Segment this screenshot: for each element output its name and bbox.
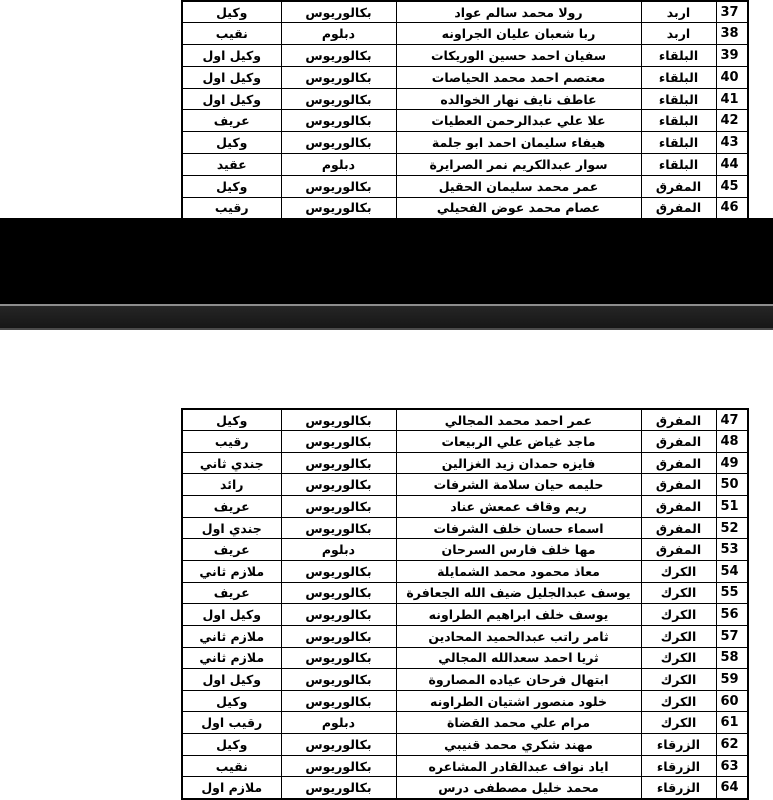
table-row: جندي اول بكالوريوس اسماء حسان خلف الشرفا… [182, 517, 748, 539]
cell-rank: عريف [182, 496, 281, 518]
cell-name: عمر محمد سليمان الحقيل [396, 175, 641, 197]
cell-serial-number: 49 [716, 452, 748, 474]
cell-serial-number: 41 [716, 88, 748, 110]
cell-rank: ملازم ثاني [182, 647, 281, 669]
cell-name: مهند شكري محمد قنيبي [396, 734, 641, 756]
table-row: رائد بكالوريوس حليمه حيان سلامة الشرفات … [182, 474, 748, 496]
table-row: ملازم ثاني بكالوريوس ثريا احمد سعدالله ا… [182, 647, 748, 669]
cell-qualification: بكالوريوس [281, 110, 396, 132]
cell-serial-number: 50 [716, 474, 748, 496]
cell-qualification: بكالوريوس [281, 1, 396, 23]
cell-region: اربد [641, 23, 716, 45]
cell-name: اياد نواف عبدالقادر المشاعره [396, 755, 641, 777]
personnel-table-rows-37-46: وكيل بكالوريوس رولا محمد سالم عواد اربد … [181, 0, 749, 220]
cell-name: يوسف عبدالجليل ضيف الله الجعافرة [396, 582, 641, 604]
table-row: وكيل بكالوريوس مهند شكري محمد قنيبي الزر… [182, 734, 748, 756]
table-row: عريف بكالوريوس يوسف عبدالجليل ضيف الله ا… [182, 582, 748, 604]
table-row: رقيب بكالوريوس عصام محمد عوض الفحيلي الم… [182, 197, 748, 219]
cell-qualification: بكالوريوس [281, 734, 396, 756]
cell-name: رولا محمد سالم عواد [396, 1, 641, 23]
cell-name: محمد خليل مصطفى درس [396, 777, 641, 799]
cell-qualification: بكالوريوس [281, 132, 396, 154]
cell-name: علا علي عبدالرحمن العطيات [396, 110, 641, 132]
cell-serial-number: 58 [716, 647, 748, 669]
table-row: وكيل اول بكالوريوس معتصم احمد محمد الحيا… [182, 66, 748, 88]
cell-region: المفرق [641, 197, 716, 219]
cell-serial-number: 54 [716, 560, 748, 582]
cell-rank: رقيب [182, 431, 281, 453]
cell-region: المفرق [641, 474, 716, 496]
cell-name: ماجد غياض علي الربيعات [396, 431, 641, 453]
table-row: ملازم اول بكالوريوس محمد خليل مصطفى درس … [182, 777, 748, 799]
cell-qualification: بكالوريوس [281, 755, 396, 777]
cell-name: ابتهال فرحان عياده المصاروة [396, 669, 641, 691]
table-row: عريف بكالوريوس علا علي عبدالرحمن العطيات… [182, 110, 748, 132]
cell-serial-number: 39 [716, 45, 748, 67]
cell-qualification: بكالوريوس [281, 560, 396, 582]
cell-serial-number: 46 [716, 197, 748, 219]
cell-region: البلقاء [641, 45, 716, 67]
table-row: جندي ثاني بكالوريوس فايزه حمدان زيد الغز… [182, 452, 748, 474]
cell-rank: ملازم ثاني [182, 560, 281, 582]
cell-name: سفيان احمد حسين الوريكات [396, 45, 641, 67]
cell-region: اربد [641, 1, 716, 23]
cell-serial-number: 52 [716, 517, 748, 539]
table-row: وكيل بكالوريوس هيفاء سليمان احمد ابو جلم… [182, 132, 748, 154]
table-row: ملازم ثاني بكالوريوس معاذ محمود محمد الش… [182, 560, 748, 582]
cell-region: المفرق [641, 496, 716, 518]
cell-region: الكرك [641, 625, 716, 647]
cell-name: حليمه حيان سلامة الشرفات [396, 474, 641, 496]
cell-serial-number: 56 [716, 604, 748, 626]
cell-rank: وكيل [182, 132, 281, 154]
cell-qualification: بكالوريوس [281, 175, 396, 197]
cell-qualification: بكالوريوس [281, 409, 396, 431]
cell-region: الكرك [641, 582, 716, 604]
cell-region: الكرك [641, 712, 716, 734]
cell-serial-number: 61 [716, 712, 748, 734]
table-row: عقيد دبلوم سوار عبدالكريم نمر الصرايرة ا… [182, 154, 748, 176]
cell-qualification: بكالوريوس [281, 604, 396, 626]
cell-serial-number: 55 [716, 582, 748, 604]
table-row: وكيل بكالوريوس عمر محمد سليمان الحقيل ال… [182, 175, 748, 197]
cell-rank: رقيب [182, 197, 281, 219]
cell-qualification: بكالوريوس [281, 625, 396, 647]
cell-serial-number: 43 [716, 132, 748, 154]
cell-qualification: بكالوريوس [281, 777, 396, 799]
cell-qualification: دبلوم [281, 712, 396, 734]
cell-qualification: بكالوريوس [281, 496, 396, 518]
cell-region: الكرك [641, 647, 716, 669]
cell-region: البلقاء [641, 66, 716, 88]
cell-region: الكرك [641, 560, 716, 582]
cell-region: الكرك [641, 690, 716, 712]
cell-name: اسماء حسان خلف الشرفات [396, 517, 641, 539]
cell-rank: وكيل [182, 409, 281, 431]
cell-rank: وكيل اول [182, 66, 281, 88]
cell-qualification: دبلوم [281, 154, 396, 176]
cell-qualification: دبلوم [281, 23, 396, 45]
table-row: وكيل بكالوريوس خلود منصور اشتيان الطراون… [182, 690, 748, 712]
cell-serial-number: 45 [716, 175, 748, 197]
cell-name: ربا شعبان عليان الجراونه [396, 23, 641, 45]
table-row: وكيل اول بكالوريوس سفيان احمد حسين الوري… [182, 45, 748, 67]
personnel-table-rows-47-64: وكيل بكالوريوس عمر احمد محمد المجالي الم… [181, 408, 749, 800]
cell-rank: وكيل اول [182, 669, 281, 691]
cell-serial-number: 57 [716, 625, 748, 647]
cell-rank: جندي ثاني [182, 452, 281, 474]
cell-qualification: دبلوم [281, 539, 396, 561]
cell-name: هيفاء سليمان احمد ابو جلمة [396, 132, 641, 154]
cell-region: المفرق [641, 452, 716, 474]
cell-qualification: بكالوريوس [281, 45, 396, 67]
cell-region: الزرقاء [641, 734, 716, 756]
page-gap-black-band [0, 218, 773, 304]
cell-region: الزرقاء [641, 777, 716, 799]
table-row: نقيب دبلوم ربا شعبان عليان الجراونه اربد… [182, 23, 748, 45]
cell-region: البلقاء [641, 132, 716, 154]
cell-rank: نقيب [182, 755, 281, 777]
cell-name: عمر احمد محمد المجالي [396, 409, 641, 431]
cell-rank: وكيل اول [182, 45, 281, 67]
cell-qualification: بكالوريوس [281, 431, 396, 453]
table-row: وكيل بكالوريوس عمر احمد محمد المجالي الم… [182, 409, 748, 431]
cell-rank: جندي اول [182, 517, 281, 539]
cell-name: ثريا احمد سعدالله المجالي [396, 647, 641, 669]
cell-serial-number: 40 [716, 66, 748, 88]
cell-qualification: بكالوريوس [281, 517, 396, 539]
cell-serial-number: 63 [716, 755, 748, 777]
table-row: عريف دبلوم مها خلف فارس السرحان المفرق 5… [182, 539, 748, 561]
cell-serial-number: 53 [716, 539, 748, 561]
cell-qualification: بكالوريوس [281, 474, 396, 496]
table-row: عريف بكالوريوس ريم وقاف عمعش عناد المفرق… [182, 496, 748, 518]
table-row: وكيل اول بكالوريوس عاطف نايف نهار الخوال… [182, 88, 748, 110]
table-row: رقيب بكالوريوس ماجد غياض علي الربيعات ال… [182, 431, 748, 453]
cell-rank: عريف [182, 110, 281, 132]
cell-rank: عريف [182, 582, 281, 604]
cell-qualification: بكالوريوس [281, 669, 396, 691]
cell-name: ثامر راتب عبدالحميد المحادين [396, 625, 641, 647]
cell-name: عصام محمد عوض الفحيلي [396, 197, 641, 219]
table-row: رقيب اول دبلوم مرام علي محمد القضاة الكر… [182, 712, 748, 734]
cell-region: الزرقاء [641, 755, 716, 777]
cell-region: المفرق [641, 431, 716, 453]
cell-serial-number: 59 [716, 669, 748, 691]
cell-region: البلقاء [641, 154, 716, 176]
cell-rank: رائد [182, 474, 281, 496]
cell-region: الكرك [641, 604, 716, 626]
cell-serial-number: 38 [716, 23, 748, 45]
cell-name: مرام علي محمد القضاة [396, 712, 641, 734]
cell-serial-number: 47 [716, 409, 748, 431]
cell-name: فايزه حمدان زيد الغزالين [396, 452, 641, 474]
table-row: ملازم ثاني بكالوريوس ثامر راتب عبدالحميد… [182, 625, 748, 647]
cell-name: معتصم احمد محمد الحياصات [396, 66, 641, 88]
cell-qualification: بكالوريوس [281, 647, 396, 669]
cell-name: سوار عبدالكريم نمر الصرايرة [396, 154, 641, 176]
cell-rank: وكيل اول [182, 88, 281, 110]
cell-region: المفرق [641, 517, 716, 539]
cell-region: الكرك [641, 669, 716, 691]
cell-rank: وكيل اول [182, 604, 281, 626]
document-page: وكيل بكالوريوس رولا محمد سالم عواد اربد … [0, 0, 773, 800]
table-row: وكيل اول بكالوريوس يوسف خلف ابراهيم الطر… [182, 604, 748, 626]
cell-serial-number: 42 [716, 110, 748, 132]
table-row: وكيل اول بكالوريوس ابتهال فرحان عياده ال… [182, 669, 748, 691]
cell-qualification: بكالوريوس [281, 88, 396, 110]
cell-qualification: بكالوريوس [281, 690, 396, 712]
separator-dark-band [0, 306, 773, 330]
cell-region: البلقاء [641, 88, 716, 110]
cell-qualification: بكالوريوس [281, 197, 396, 219]
cell-rank: وكيل [182, 175, 281, 197]
cell-serial-number: 60 [716, 690, 748, 712]
cell-rank: رقيب اول [182, 712, 281, 734]
cell-region: المفرق [641, 175, 716, 197]
cell-serial-number: 62 [716, 734, 748, 756]
cell-rank: نقيب [182, 23, 281, 45]
cell-serial-number: 37 [716, 1, 748, 23]
cell-name: مها خلف فارس السرحان [396, 539, 641, 561]
cell-serial-number: 44 [716, 154, 748, 176]
cell-name: خلود منصور اشتيان الطراونه [396, 690, 641, 712]
cell-rank: وكيل [182, 1, 281, 23]
cell-name: يوسف خلف ابراهيم الطراونه [396, 604, 641, 626]
cell-rank: عقيد [182, 154, 281, 176]
table-row: نقيب بكالوريوس اياد نواف عبدالقادر المشا… [182, 755, 748, 777]
cell-serial-number: 48 [716, 431, 748, 453]
cell-region: المفرق [641, 409, 716, 431]
cell-qualification: بكالوريوس [281, 452, 396, 474]
cell-rank: وكيل [182, 690, 281, 712]
cell-rank: عريف [182, 539, 281, 561]
cell-serial-number: 64 [716, 777, 748, 799]
cell-qualification: بكالوريوس [281, 66, 396, 88]
cell-rank: وكيل [182, 734, 281, 756]
cell-rank: ملازم ثاني [182, 625, 281, 647]
cell-qualification: بكالوريوس [281, 582, 396, 604]
cell-region: المفرق [641, 539, 716, 561]
cell-region: البلقاء [641, 110, 716, 132]
cell-name: عاطف نايف نهار الخوالده [396, 88, 641, 110]
cell-serial-number: 51 [716, 496, 748, 518]
cell-name: معاذ محمود محمد الشمايلة [396, 560, 641, 582]
cell-rank: ملازم اول [182, 777, 281, 799]
cell-name: ريم وقاف عمعش عناد [396, 496, 641, 518]
table-row: وكيل بكالوريوس رولا محمد سالم عواد اربد … [182, 1, 748, 23]
